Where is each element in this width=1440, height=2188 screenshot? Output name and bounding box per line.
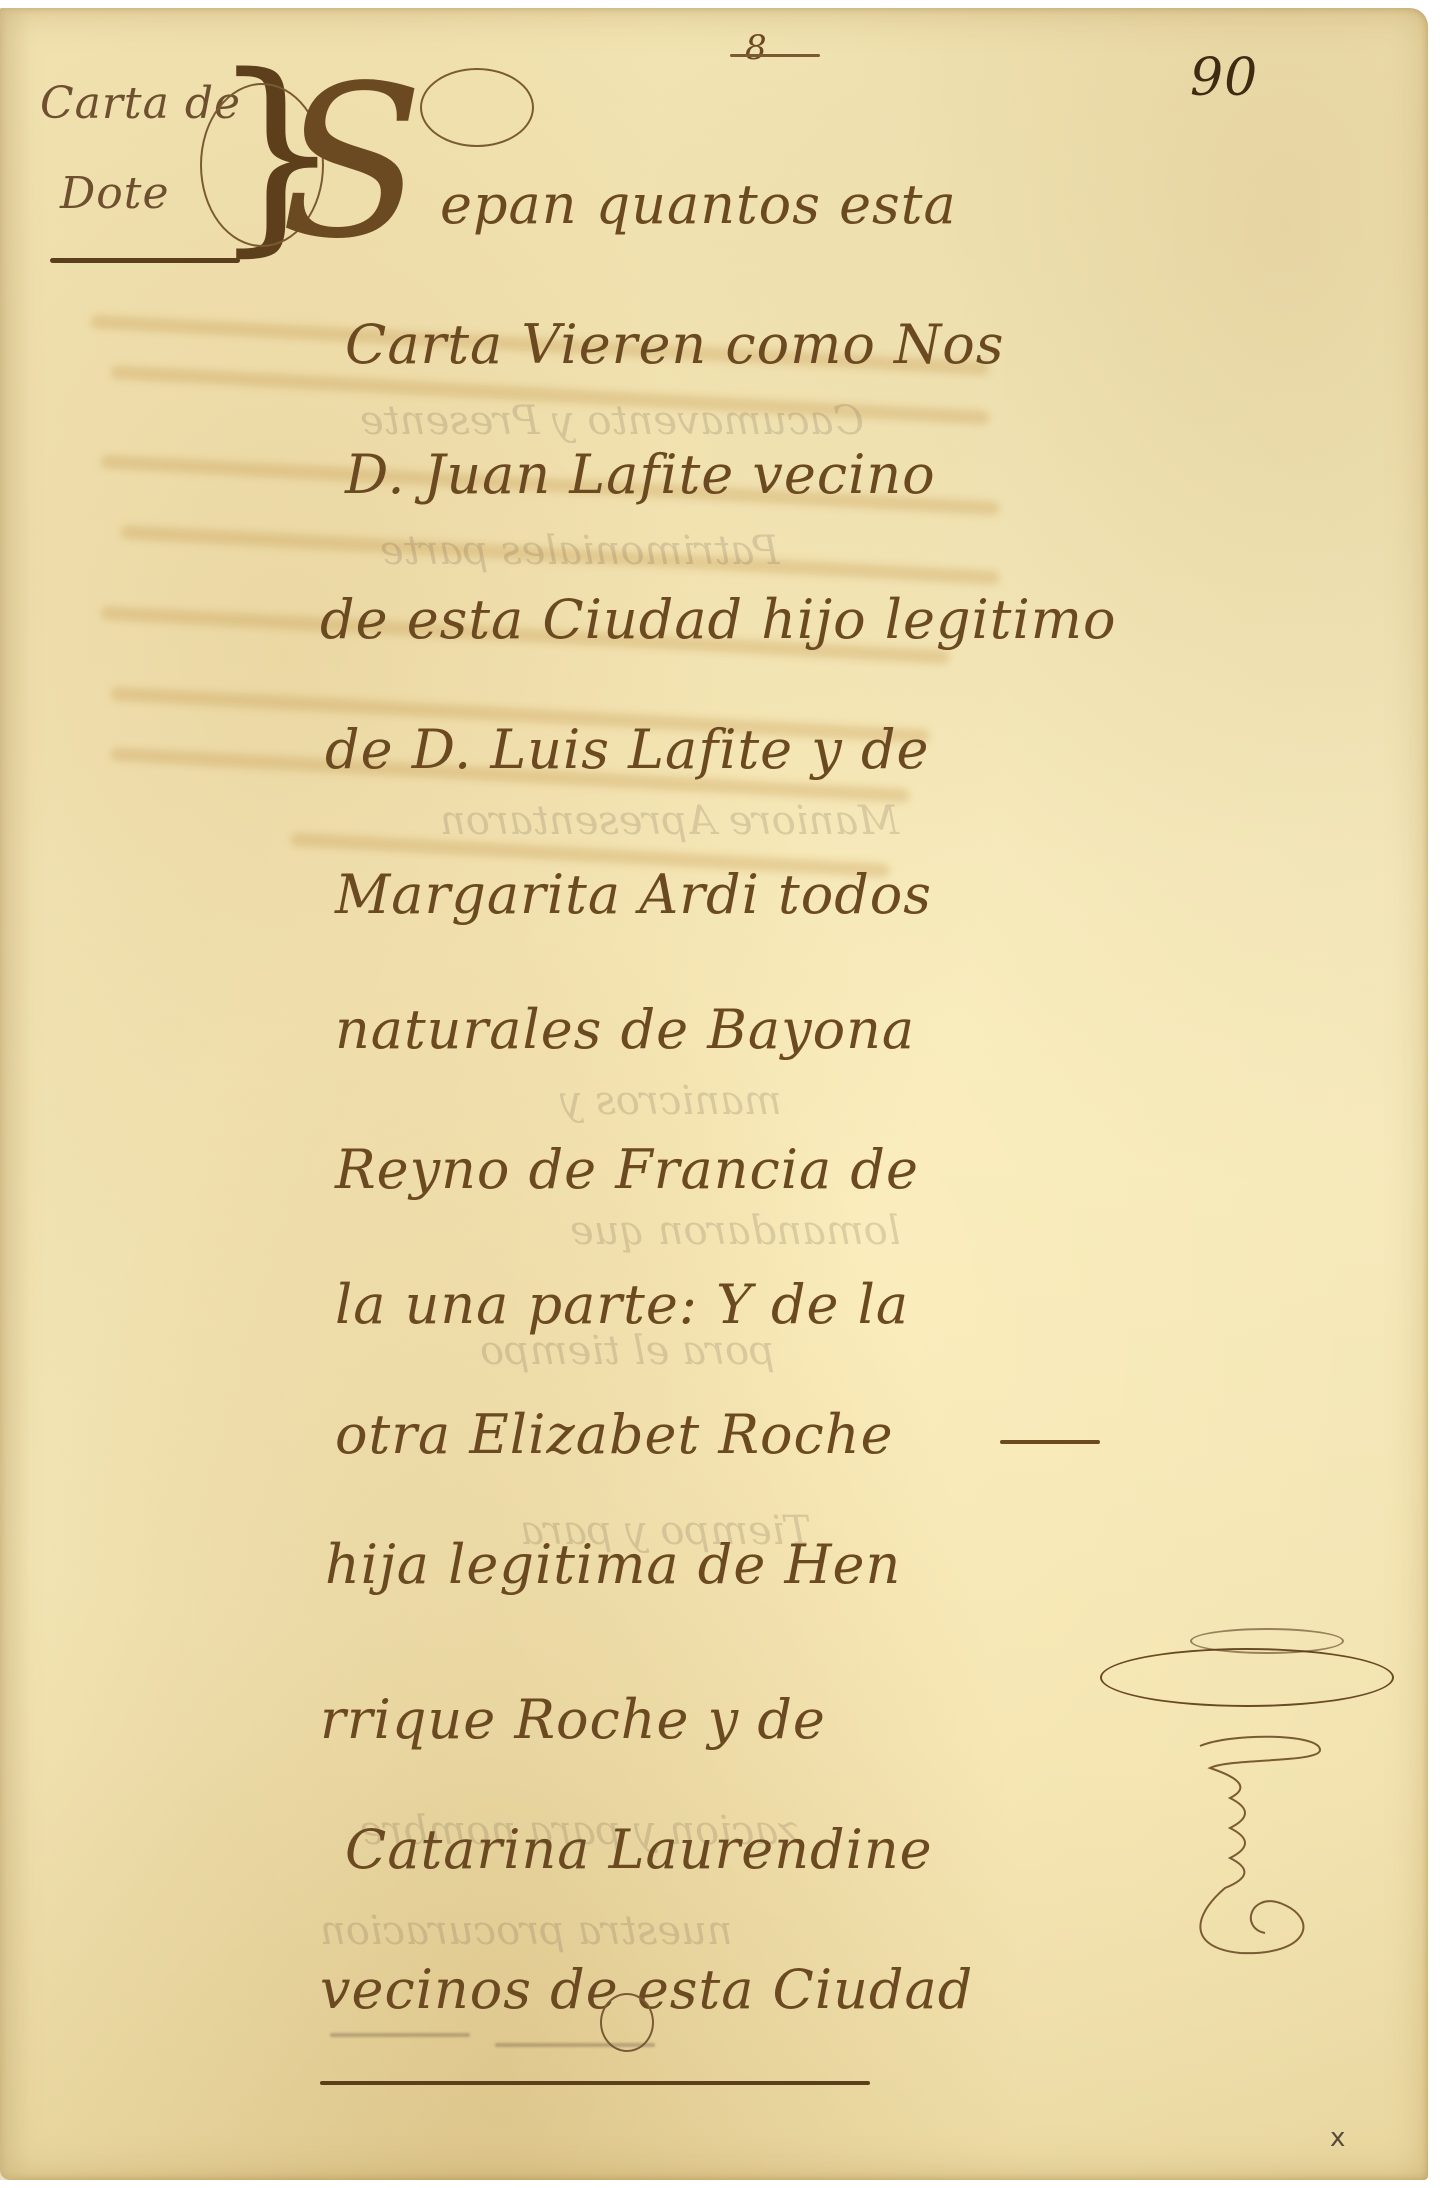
text-line-1: epan quantos esta bbox=[440, 173, 957, 236]
faint-rule bbox=[495, 2043, 655, 2047]
closing-rule-right bbox=[510, 2081, 870, 2085]
top-mark-rule bbox=[730, 54, 820, 57]
text-line-4: de esta Ciudad hijo legitimo bbox=[320, 588, 1117, 651]
manuscript-page: Cacumavento y Presente Patrimoniales par… bbox=[0, 8, 1428, 2180]
text-line-8: Reyno de Francia de bbox=[335, 1138, 919, 1201]
text-line-6: Margarita Ardi todos bbox=[335, 863, 932, 926]
page-edge-shading bbox=[0, 8, 30, 2180]
faint-rule bbox=[330, 2033, 470, 2037]
text-line-12: rrique Roche y de bbox=[320, 1688, 826, 1751]
margin-heading-line-2: Dote bbox=[60, 168, 170, 219]
initial-flourish bbox=[420, 68, 534, 147]
text-line-9: la una parte: Y de la bbox=[335, 1273, 909, 1336]
rubric-flourish bbox=[1190, 1628, 1344, 1654]
bleed-through-text: Cacumavento y Presente bbox=[360, 398, 864, 444]
rubric-signature-mark bbox=[1170, 1728, 1340, 1958]
bleed-through-text: nuestra procuracion bbox=[320, 1908, 732, 1954]
line-filler-stroke bbox=[1000, 1440, 1100, 1444]
text-line-11: hija legitima de Hen bbox=[325, 1533, 901, 1596]
text-line-13: Catarina Laurendine bbox=[345, 1818, 933, 1881]
decorated-initial: S bbox=[280, 58, 424, 268]
corner-mark: x bbox=[1330, 2123, 1345, 2153]
bleed-through-text: Maniore Apresentaron bbox=[440, 798, 899, 844]
text-line-5: de D. Luis Lafite y de bbox=[325, 718, 930, 781]
text-line-3: D. Juan Lafite vecino bbox=[345, 443, 936, 506]
bleed-through-text: Patrimoniales parte bbox=[380, 528, 779, 574]
text-line-10: otra Elizabet Roche bbox=[335, 1403, 894, 1466]
text-line-7: naturales de Bayona bbox=[335, 998, 915, 1061]
rubric-flourish bbox=[1100, 1648, 1394, 1707]
bleed-through-text: lomandaron que bbox=[570, 1208, 901, 1254]
bleed-through-text: manicros y bbox=[560, 1078, 782, 1124]
text-line-2: Carta Vieren como Nos bbox=[345, 313, 1004, 376]
top-mark: 8 bbox=[745, 28, 768, 68]
folio-number: 90 bbox=[1190, 48, 1258, 108]
